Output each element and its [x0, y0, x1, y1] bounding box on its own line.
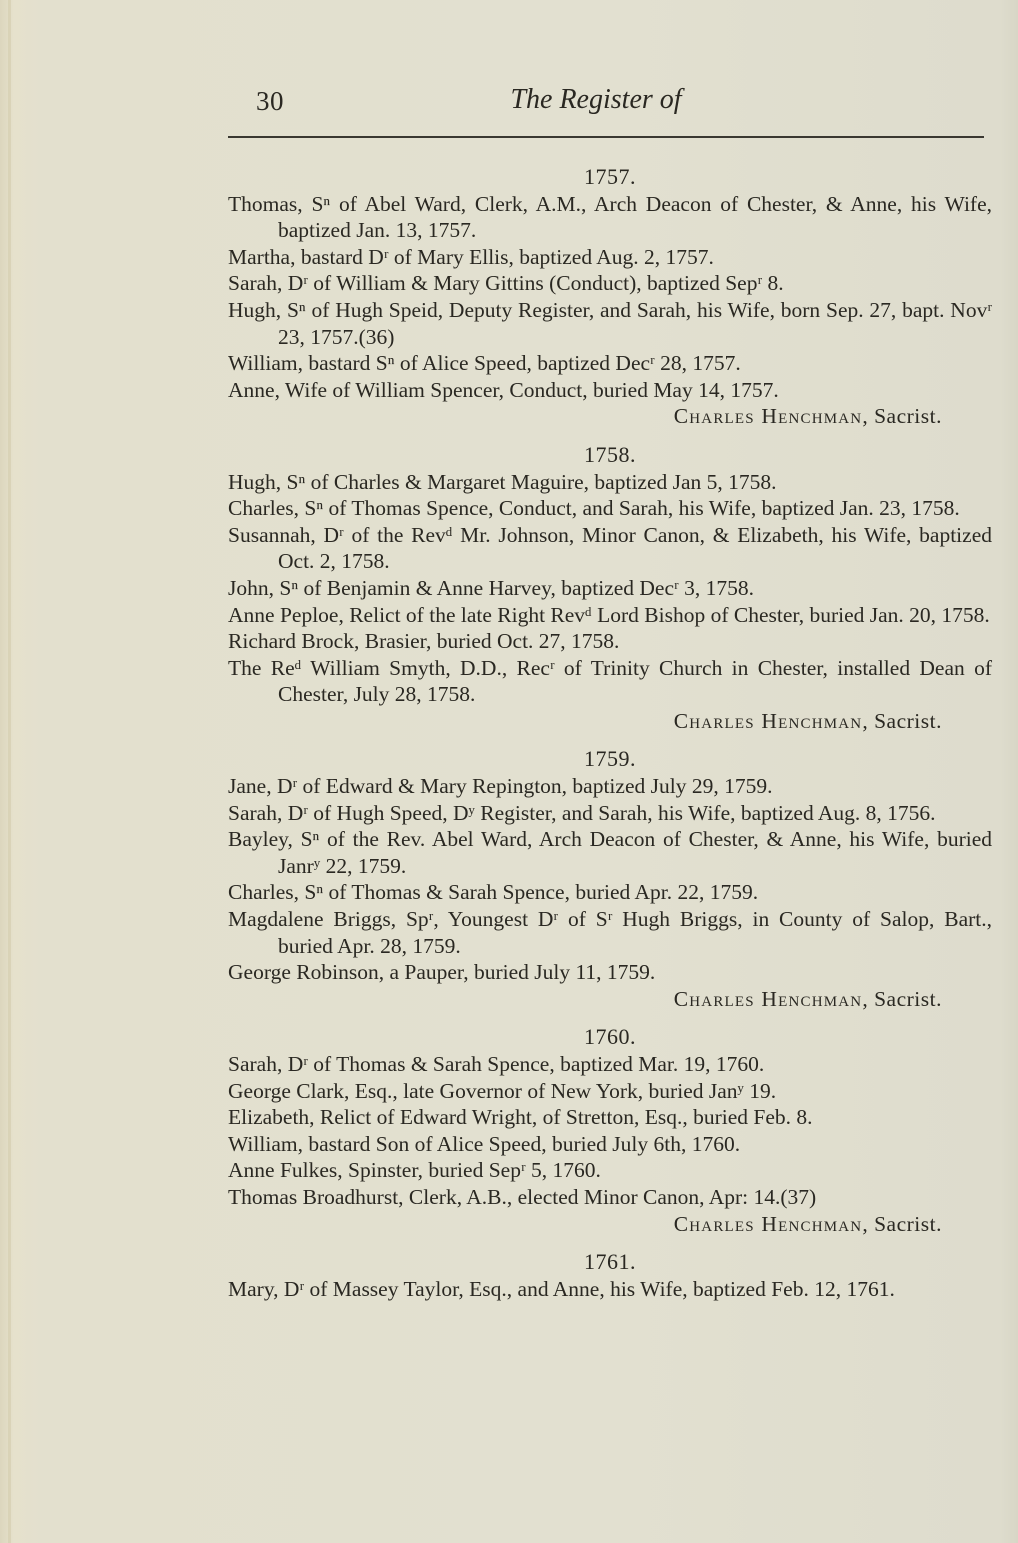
signatory-name: Charles Henchman	[674, 709, 863, 733]
register-entry: Martha, bastard Dʳ of Mary Ellis, baptiz…	[228, 244, 992, 271]
signatory-title: , Sacrist.	[862, 709, 942, 733]
signature: Charles Henchman, Sacrist.	[228, 708, 992, 735]
register-entry: Thomas Broadhurst, Clerk, A.B., elected …	[228, 1184, 992, 1211]
register-entry: The Reᵈ William Smyth, D.D., Recʳ of Tri…	[228, 655, 992, 708]
register-entry: Anne Peploe, Relict of the late Right Re…	[228, 602, 992, 629]
register-entry: Sarah, Dʳ of Thomas & Sarah Spence, bapt…	[228, 1051, 992, 1078]
year-heading: 1759.	[228, 746, 992, 773]
signature: Charles Henchman, Sacrist.	[228, 986, 992, 1013]
register-entry: Richard Brock, Brasier, buried Oct. 27, …	[228, 628, 992, 655]
register-entry: Charles, Sⁿ of Thomas Spence, Conduct, a…	[228, 495, 992, 522]
register-entry: Anne Fulkes, Spinster, buried Sepʳ 5, 17…	[228, 1157, 992, 1184]
running-title: The Register of	[228, 84, 984, 116]
year-section-1757: 1757. Thomas, Sⁿ of Abel Ward, Clerk, A.…	[228, 164, 992, 430]
year-section-1760: 1760. Sarah, Dʳ of Thomas & Sarah Spence…	[228, 1024, 992, 1237]
register-entry: Elizabeth, Relict of Edward Wright, of S…	[228, 1104, 992, 1131]
header-rule	[228, 136, 984, 138]
register-entry: Jane, Dʳ of Edward & Mary Repington, bap…	[228, 773, 992, 800]
register-entry: Susannah, Dʳ of the Revᵈ Mr. Johnson, Mi…	[228, 522, 992, 575]
page-header: 30 The Register of	[228, 84, 984, 124]
book-page: 30 The Register of 1757. Thomas, Sⁿ of A…	[0, 0, 1018, 1543]
register-entry: Anne, Wife of William Spencer, Conduct, …	[228, 377, 992, 404]
register-entry: Bayley, Sⁿ of the Rev. Abel Ward, Arch D…	[228, 826, 992, 879]
signatory-title: , Sacrist.	[862, 404, 942, 428]
register-entry: William, bastard Sⁿ of Alice Speed, bapt…	[228, 350, 992, 377]
year-section-1759: 1759. Jane, Dʳ of Edward & Mary Repingto…	[228, 746, 992, 1012]
register-entry: John, Sⁿ of Benjamin & Anne Harvey, bapt…	[228, 575, 992, 602]
page-binding-edge	[8, 0, 11, 1543]
year-section-1761: 1761. Mary, Dʳ of Massey Taylor, Esq., a…	[228, 1249, 992, 1302]
signatory-name: Charles Henchman	[674, 987, 863, 1011]
register-entry: Sarah, Dʳ of William & Mary Gittins (Con…	[228, 270, 992, 297]
signatory-name: Charles Henchman	[674, 404, 863, 428]
signatory-title: , Sacrist.	[862, 987, 942, 1011]
register-entry: Mary, Dʳ of Massey Taylor, Esq., and Ann…	[228, 1276, 992, 1303]
register-body: 1757. Thomas, Sⁿ of Abel Ward, Clerk, A.…	[228, 164, 992, 1302]
register-entry: George Clark, Esq., late Governor of New…	[228, 1078, 992, 1105]
register-entry: William, bastard Son of Alice Speed, bur…	[228, 1131, 992, 1158]
register-entry: George Robinson, a Pauper, buried July 1…	[228, 959, 992, 986]
signature: Charles Henchman, Sacrist.	[228, 1211, 992, 1238]
year-section-1758: 1758. Hugh, Sⁿ of Charles & Margaret Mag…	[228, 442, 992, 735]
register-entry: Thomas, Sⁿ of Abel Ward, Clerk, A.M., Ar…	[228, 191, 992, 244]
signatory-title: , Sacrist.	[862, 1212, 942, 1236]
signature: Charles Henchman, Sacrist.	[228, 403, 992, 430]
signatory-name: Charles Henchman	[674, 1212, 863, 1236]
register-entry: Hugh, Sⁿ of Charles & Margaret Maguire, …	[228, 469, 992, 496]
register-entry: Charles, Sⁿ of Thomas & Sarah Spence, bu…	[228, 879, 992, 906]
register-entry: Hugh, Sⁿ of Hugh Speid, Deputy Register,…	[228, 297, 992, 350]
year-heading: 1757.	[228, 164, 992, 191]
year-heading: 1761.	[228, 1249, 992, 1276]
year-heading: 1760.	[228, 1024, 992, 1051]
year-heading: 1758.	[228, 442, 992, 469]
register-entry: Magdalene Briggs, Spʳ, Youngest Dʳ of Sʳ…	[228, 906, 992, 959]
register-entry: Sarah, Dʳ of Hugh Speed, Dʸ Register, an…	[228, 800, 992, 827]
